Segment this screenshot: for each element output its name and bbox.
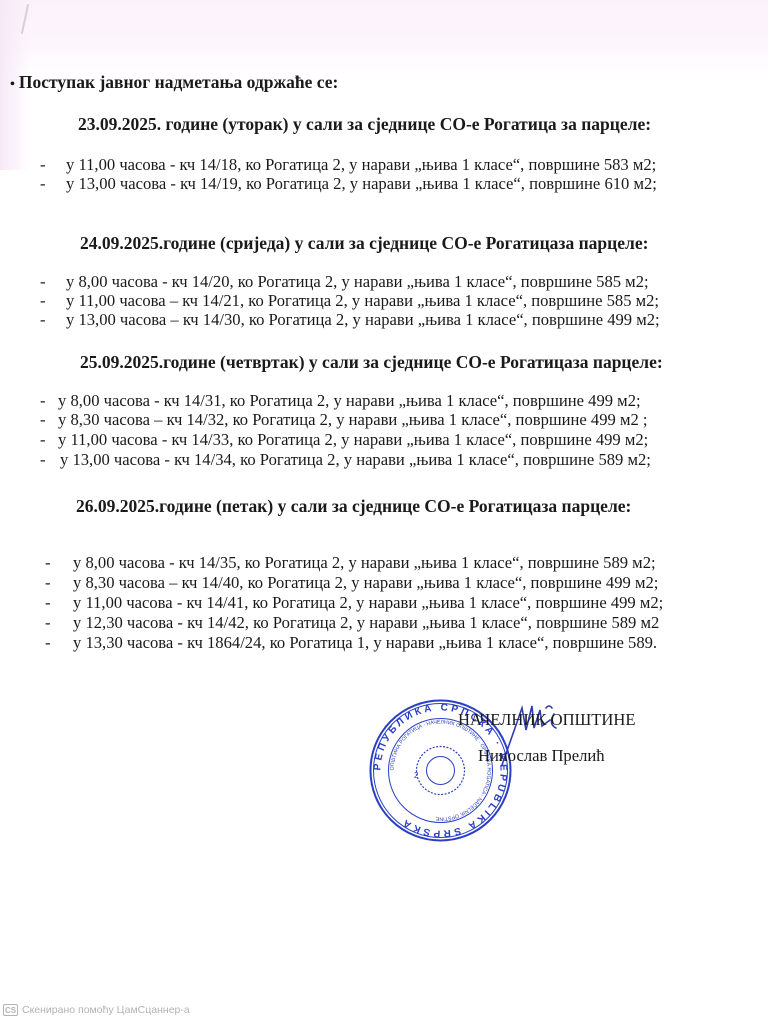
list-item: -у 13,00 часова - кч 14/19, ко Рогатица …: [40, 174, 657, 194]
section-heading: 26.09.2025.године (петак) у сали за сјед…: [76, 496, 631, 517]
list-item: -у 8,00 часова - кч 14/31, ко Рогатица 2…: [40, 391, 641, 411]
list-item: -у 8,30 часова – кч 14/32, ко Рогатица 2…: [40, 410, 648, 430]
camscanner-logo-icon: CS: [3, 1004, 18, 1016]
list-item: -у 13,00 часова - кч 14/34, ко Рогатица …: [40, 450, 651, 470]
list-item: -у 8,30 часова – кч 14/40, ко Рогатица 2…: [45, 573, 658, 593]
stamp-inner-text: ОПШТИНА РОГАТИЦА - НАЧЕЛНИК ОПШТИНЕ · OP…: [389, 719, 491, 822]
list-item: -у 11,00 часова - кч 14/18, ко Рогатица …: [40, 155, 656, 175]
list-item: -у 13,30 часова - кч 1864/24, ко Рогатиц…: [45, 633, 657, 653]
list-item: -у 8,00 часова - кч 14/35, ко Рогатица 2…: [45, 553, 656, 573]
signer-title: НАЧЕЛНИК ОПШТИНЕ: [458, 710, 636, 730]
list-item: -у 13,00 часова – кч 14/30, ко Рогатица …: [40, 310, 660, 330]
section-heading: 23.09.2025. године (уторак) у сали за сј…: [78, 114, 651, 135]
list-item: -у 8,00 часова - кч 14/20, ко Рогатица 2…: [40, 272, 649, 292]
intro-text: Поступак јавног надметања одржаће се:: [19, 72, 338, 92]
watermark-text: Скенирано помоћу ЦамСцаннер-а: [22, 1004, 190, 1016]
svg-text:ОПШТИНА РОГАТИЦА - НАЧЕЛНИК ОП: ОПШТИНА РОГАТИЦА - НАЧЕЛНИК ОПШТИНЕ · OP…: [389, 719, 491, 822]
section-heading: 24.09.2025.године (сриједа) у сали за сј…: [80, 233, 648, 254]
signer-name: Нинослав Прелић: [478, 746, 605, 766]
list-item: -у 11,00 часова - кч 14/41, ко Рогатица …: [45, 593, 663, 613]
intro-heading: •Поступак јавног надметања одржаће се:: [10, 72, 338, 93]
list-item: -у 11,00 часова - кч 14/33, ко Рогатица …: [40, 430, 648, 450]
list-item: -у 12,30 часова - кч 14/42, ко Рогатица …: [45, 613, 659, 633]
scanner-watermark: CS Скенирано помоћу ЦамСцаннер-а: [3, 1004, 190, 1016]
stamp-number: 2: [414, 771, 419, 780]
section-heading: 25.09.2025.године (четвртак) у сали за с…: [80, 352, 663, 373]
list-item: -у 11,00 часова – кч 14/21, ко Рогатица …: [40, 291, 659, 311]
scan-tint: [0, 0, 768, 75]
bullet-icon: •: [10, 77, 15, 92]
